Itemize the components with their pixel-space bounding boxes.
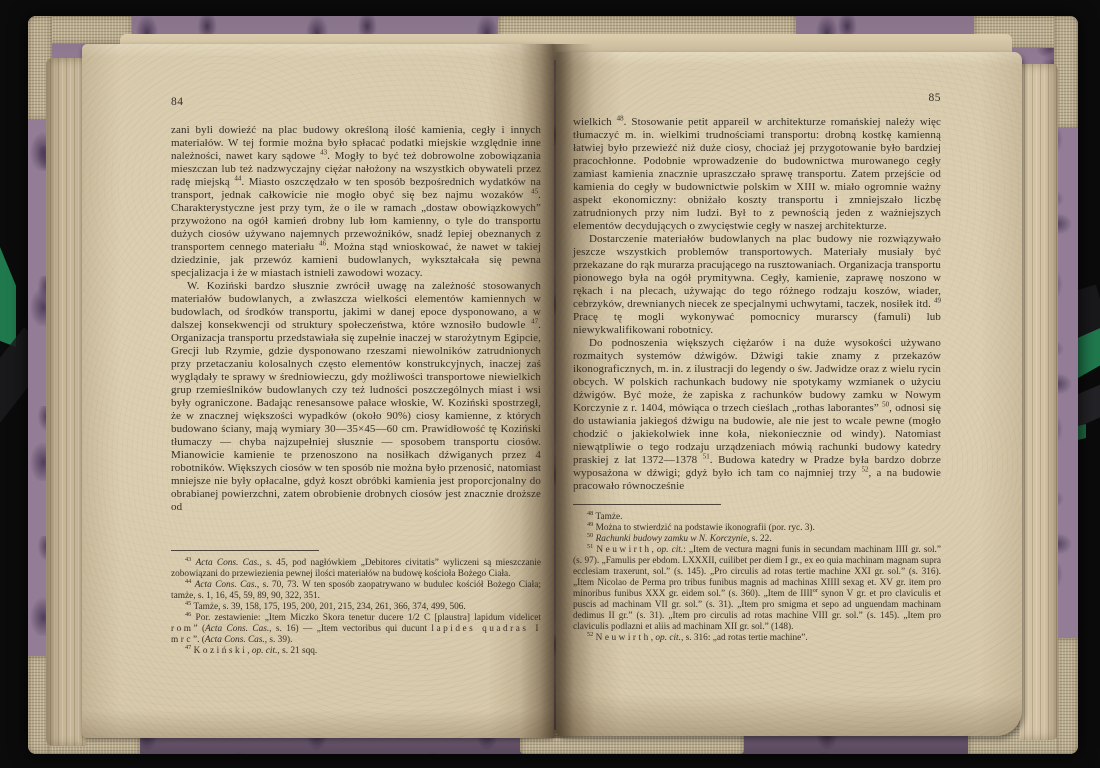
- paragraph: Do podnoszenia większych ciężarów i na d…: [573, 337, 941, 493]
- page-number-left: 84: [171, 96, 184, 108]
- footnote: 45 Tamże, s. 39, 158, 175, 195, 200, 201…: [171, 602, 541, 613]
- footnote-rule-right: [573, 504, 721, 505]
- footnote: 47 Koziński, op. cit., s. 21 sqq.: [171, 646, 541, 657]
- book-scan-stage: 84 zani byli dowieźć na plac budowy okre…: [0, 0, 1100, 768]
- right-page-body: wielkich 48. Stosowanie petit appareil w…: [573, 116, 941, 493]
- paragraph: zani byli dowieźć na plac budowy określo…: [171, 124, 541, 280]
- footnote: 50 Rachunki budowy zamku w N. Korczynie,…: [573, 534, 941, 545]
- cover-cloth-corner-bottom-right-side: [1056, 638, 1078, 754]
- footnote: 48 Tamże.: [573, 512, 941, 523]
- right-page: 85 wielkich 48. Stosowanie petit apparei…: [556, 52, 1022, 736]
- paragraph: W. Koziński bardzo słusznie zwrócił uwag…: [171, 280, 541, 514]
- left-page-body: zani byli dowieźć na plac budowy określo…: [171, 124, 541, 514]
- footnote: 43 Acta Cons. Cas., s. 45, pod nagłówkie…: [171, 558, 541, 580]
- footnote-rule-left: [171, 550, 319, 551]
- footnote: 52 Neuwirth, op. cit., s. 316: „ad rotas…: [573, 633, 941, 644]
- footnote: 46 Por. zestawienie: „Item Miczko Skora …: [171, 613, 541, 646]
- footnote: 49 Można to stwierdzić na podstawie ikon…: [573, 523, 941, 534]
- paragraph: wielkich 48. Stosowanie petit appareil w…: [573, 116, 941, 233]
- footnote: 51 Neuwirth, op. cit.: „Item de vectura …: [573, 545, 941, 633]
- page-edges-left: [46, 58, 86, 746]
- right-page-footnotes: 48 Tamże.49 Można to stwierdzić na podst…: [573, 512, 941, 644]
- page-number-right: 85: [573, 92, 941, 104]
- left-page: 84 zani byli dowieźć na plac budowy okre…: [82, 44, 554, 738]
- paragraph: Dostarczenie materiałów budowlanych na p…: [573, 233, 941, 337]
- cradle-strap-left-icon: [0, 245, 16, 347]
- page-edges-right: [1020, 64, 1058, 740]
- footnote: 44 Acta Cons. Cas., s. 70, 73. W ten spo…: [171, 580, 541, 602]
- left-page-footnotes: 43 Acta Cons. Cas., s. 45, pod nagłówkie…: [171, 558, 541, 657]
